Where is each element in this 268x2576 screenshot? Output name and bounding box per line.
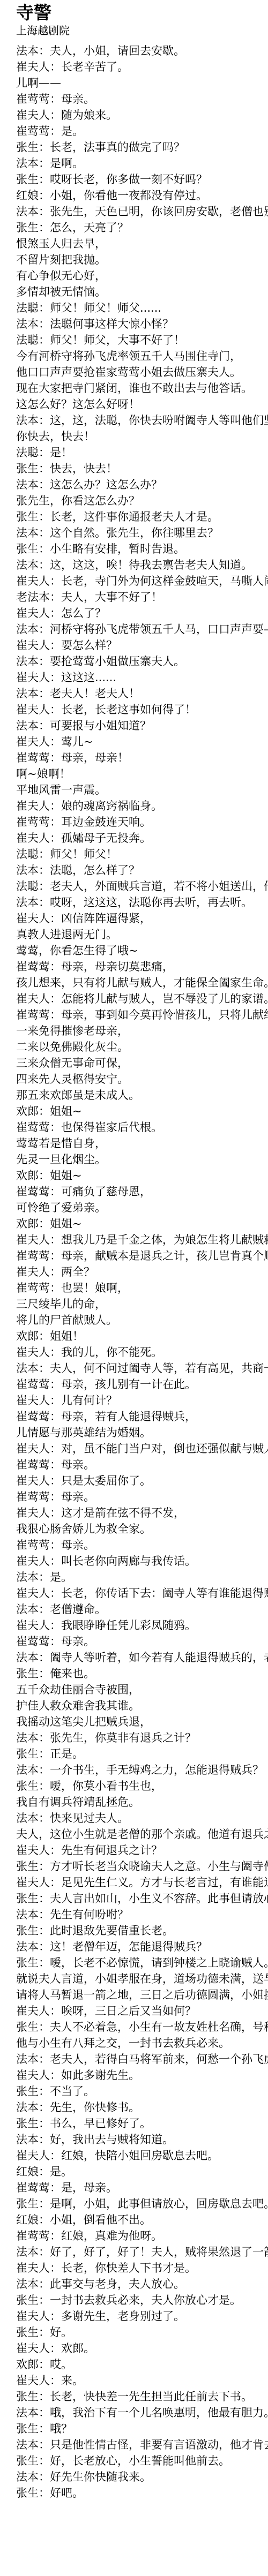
script-line: 崔夫人：先生有何退兵之计？: [16, 1842, 268, 1858]
script-line: 法本：好先生你快随我来。: [16, 2469, 268, 2485]
script-line: 崔莺莺：母亲。: [16, 91, 268, 107]
script-line: 儿情愿与那英雄结为婚姻。: [16, 1425, 268, 1441]
script-line: 崔夫人：足见先生仁义。方才与长老言过，有谁能退得贼兵，: [16, 1874, 268, 1890]
script-line: 张生：是啊，小姐，此事但请放心，回房歇息去吧。: [16, 2196, 268, 2212]
script-line: 崔夫人：叫长老你向两廊与我传话。: [16, 1553, 268, 1569]
script-line: 崔夫人：两全？: [16, 1264, 268, 1280]
script-line: 张生：嗳，你莫小看书生也，: [16, 1778, 268, 1794]
script-line: 崔夫人：我眼睁睁任凭儿彩凤随鸦。: [16, 1617, 268, 1633]
script-line: 张生：夫人不必着急，小生有一故友姓杜名确，号称白马将军。: [16, 2019, 268, 2035]
script-line: 崔夫人：这才是箭在弦不得不发，: [16, 1505, 268, 1521]
script-line: 崔莺莺：也保得崔家后代根。: [16, 1119, 268, 1135]
script-line: 张生：好吧。: [16, 2485, 268, 2501]
script-line: 真教人进退两无门。: [16, 927, 268, 943]
script-line: 法本：好了，好了，好了！夫人，贼将果然退了一箭之地。: [16, 2244, 268, 2260]
script-line: 一来免得摧惨老母亲，: [16, 1023, 268, 1039]
script-line: 崔夫人：长老，你传话下去：阖寺人等有谁能退得贼兵的，: [16, 1585, 268, 1601]
script-line: 张先生，你看这怎么办？: [16, 493, 268, 509]
script-line: 崔夫人：这这这......: [16, 669, 268, 686]
script-line: 崔夫人：长老辛苦了。: [16, 59, 268, 75]
script-line: 我自有调兵符靖乱拯危。: [16, 1794, 268, 1810]
script-line: 法聪：师父！师父！师父......: [16, 300, 268, 316]
script-line: 今有河桥守将孙飞虎率领五千人马围住寺门，: [16, 348, 268, 364]
script-line: 法本：先生，你快修书。: [16, 2099, 268, 2115]
script-line: 红娘：是。: [16, 2164, 268, 2180]
script-line: 崔夫人：欢郎。: [16, 2340, 268, 2356]
script-line: 崔莺莺：母亲。: [16, 1633, 268, 1649]
script-line: 张生：长老，快快差一先生担当此任前去下书。: [16, 2389, 268, 2405]
script-line: 恨煞玉人归去早，: [16, 236, 268, 252]
script-line: 可怜绝了爱弟亲。: [16, 1200, 268, 1216]
script-line: 崔夫人：红娘，快陪小姐回房歇息去吧。: [16, 2148, 268, 2164]
script-line: 张生：嗳，长老不必惊慌，请到钟楼之上晓谕贼人。: [16, 1955, 268, 1971]
script-line: 法本：这个自然。张先生，你往哪里去？: [16, 525, 268, 541]
script-line: 崔夫人：随为娘来。: [16, 107, 268, 123]
script-line: 崔夫人：要怎么样？: [16, 637, 268, 653]
script-line: 法本：好，我出去与贼将知道。: [16, 2131, 268, 2148]
script-line: 崔莺莺：母亲，若有人能退得贼兵，: [16, 1408, 268, 1425]
script-line: 法本：法聪何事这样大惊小怪？: [16, 316, 268, 332]
script-line: 欢郎：姐姐~: [16, 1168, 268, 1184]
page-subtitle: 上海越剧院: [16, 24, 268, 37]
script-document: 寺警 上海越剧院 法本：夫人，小姐，请回去安歇。崔夫人：长老辛苦了。儿啊——崔莺…: [0, 0, 268, 2501]
script-line: 崔莺莺：也罢！娘啊，: [16, 1280, 268, 1296]
script-line: 平地风雷一声震。: [16, 782, 268, 798]
script-line: 法本：这怎么办？这怎么办？: [16, 477, 268, 493]
script-lines: 法本：夫人，小姐，请回去安歇。崔夫人：长老辛苦了。儿啊——崔莺莺：母亲。崔夫人：…: [16, 43, 268, 2501]
script-line: 欢郎：哎。: [16, 2356, 268, 2372]
script-line: 张生：快去，快去！: [16, 461, 268, 477]
script-line: 法本：此事交与老身，夫人放心。: [16, 2276, 268, 2292]
script-line: 欢郎：姐姐！: [16, 1328, 268, 1344]
script-line: 孩儿想来，只有将儿献与贼人，才能保全阖家生命。: [16, 975, 268, 991]
script-line: 儿啊——: [16, 75, 268, 91]
script-line: 崔夫人：多谢先生，老身别过了。: [16, 2308, 268, 2324]
script-line: 法本：是。: [16, 1569, 268, 1585]
script-line: 不留片刻把我抛。: [16, 252, 268, 268]
script-line: 崔夫人：长老，寺门外为何这样金鼓喧天，马嘶人闹？: [16, 573, 268, 589]
script-line: 法聪：老夫人，外面贼兵言道，若不将小姐送出，他们就要杀进寺来。: [16, 878, 268, 894]
script-line: 护佳人救众难舍我其谁。: [16, 1698, 268, 1714]
script-line: 你快去，快去！: [16, 428, 268, 445]
script-line: 张生：哦？: [16, 2421, 268, 2437]
script-line: 红娘：小姐，倒看他不出。: [16, 2212, 268, 2228]
script-line: 二来以免佛殿化灰尘。: [16, 1039, 268, 1055]
script-line: 张生：长老，法事真的做完了吗？: [16, 139, 268, 155]
script-line: 崔夫人：怎能将儿献与贼人，岂不辱没了儿的家谱。: [16, 991, 268, 1007]
script-line: 法本：先生有何吩咐？: [16, 1907, 268, 1923]
script-line: 法本：一介书生，手无缚鸡之力，怎能退得贼兵？: [16, 1762, 268, 1778]
script-line: 法本：法聪，怎么样了？: [16, 862, 268, 878]
script-line: 他口口声声要抢崔家莺莺小姐去做压寨夫人。: [16, 364, 268, 380]
script-line: 莺莺若是惜自身，: [16, 1135, 268, 1151]
script-line: 法本：这！老僧年迈，怎能退得贼兵？: [16, 1939, 268, 1955]
script-line: 三尺绫毕儿的命，: [16, 1296, 268, 1312]
script-line: 法本：河桥守将孙飞虎带领五千人马，口口声声要——: [16, 621, 268, 637]
script-line: 崔夫人：如此多谢先生。: [16, 2067, 268, 2083]
script-line: 张生：俺来也。: [16, 1666, 268, 1682]
script-line: 法本：要抢莺莺小姐做压寨夫人。: [16, 653, 268, 669]
script-line: 张生：不当了。: [16, 2083, 268, 2099]
script-line: 崔莺莺：母亲，献贼本是退兵之计，孩儿岂肯真个顺从贼人。: [16, 1248, 268, 1264]
script-line: 老法本：夫人，大事不好了！: [16, 589, 268, 605]
script-line: 崔夫人：只是太委屈你了。: [16, 1473, 268, 1489]
script-line: 崔夫人：我的儿，你不能死。: [16, 1344, 268, 1360]
script-line: 崔夫人：唉呀，三日之后又当如何？: [16, 2003, 268, 2019]
script-line: 法本：这，这这，唉！待我去禀告老夫人知道。: [16, 557, 268, 573]
script-line: 张生：长老，这件事你通报老夫人才是。: [16, 509, 268, 525]
script-line: 崔莺莺：可痛负了慈母恩，: [16, 1184, 268, 1200]
script-line: 法本：快来见过夫人。: [16, 1810, 268, 1826]
script-line: 崔夫人：长老，你快差人下书才是。: [16, 2260, 268, 2276]
script-line: 红娘：小姐，你看他一夜都没有停过。: [16, 187, 268, 204]
script-line: 法本：夫人，小姐，请回去安歇。: [16, 43, 268, 59]
script-line: 法本：张先生，天色已明，你该回房安歇，老僧也别过去了。: [16, 204, 268, 220]
script-line: 张生：一封书去救兵必来，夫人你放心才是。: [16, 2292, 268, 2308]
script-line: 那五来欢郎虽是未成人。: [16, 1087, 268, 1103]
script-line: 欢郎：姐姐~: [16, 1216, 268, 1232]
script-line: 崔莺莺：母亲，事到如今莫再怜惜孩儿，只将儿献给与贼人。: [16, 1007, 268, 1023]
script-line: 法聪：是！: [16, 445, 268, 461]
script-line: 就说夫人言道，小姐孝服在身，道场功德未满，送与将军。: [16, 1971, 268, 1987]
script-line: 法本：哦，我治下有一个儿名唤惠明，他最有胆力。: [16, 2405, 268, 2421]
script-line: 法本：张先生，你莫非有退兵之计？: [16, 1730, 268, 1746]
script-line: 法本：老夫人！老夫人！: [16, 686, 268, 702]
script-line: 崔夫人：孤孀母子无投奔。: [16, 830, 268, 846]
script-line: 崔莺莺：母亲。: [16, 1537, 268, 1553]
script-line: 法聪：师父！师父！: [16, 846, 268, 862]
script-line: 欢郎：姐姐~: [16, 1103, 268, 1119]
script-line: 崔夫人：怎么了？: [16, 605, 268, 621]
script-line: 法本：哎呀，这这这，法聪你再去听，再去听。: [16, 894, 268, 910]
script-line: 崔莺莺：耳边金鼓连天响。: [16, 814, 268, 830]
script-line: 五千众劫佳丽合寺被围，: [16, 1682, 268, 1698]
script-line: 三来众僧无事命可保，: [16, 1055, 268, 1071]
script-line: 崔莺莺：母亲。: [16, 1457, 268, 1473]
script-line: 崔莺莺：母亲，母亲！: [16, 750, 268, 766]
script-line: 崔莺莺：红娘，真难为他呀。: [16, 2228, 268, 2244]
script-line: 法本：只是他性情古怪，非要有言语激动，他才肯去得。: [16, 2437, 268, 2453]
script-line: 先灵一旦化烟尘。: [16, 1151, 268, 1168]
script-line: 张生：哎呀长老，你多做一刻不好吗？: [16, 171, 268, 187]
script-line: 崔莺莺：母亲。: [16, 1489, 268, 1505]
script-line: 啊~娘啊！: [16, 766, 268, 782]
script-line: 崔莺莺：是，母亲。: [16, 2180, 268, 2196]
script-line: 法本：是啊。: [16, 155, 268, 171]
script-line: 我摇动这笔尖儿把贼兵退，: [16, 1714, 268, 1730]
script-line: 张生：怎么，天亮了？: [16, 220, 268, 236]
script-line: 四来先人灵柩得安宁。: [16, 1071, 268, 1087]
script-line: 莺莺，你看怎生得了哦~: [16, 943, 268, 959]
script-line: 张生：此时退敌先要借重长老。: [16, 1923, 268, 1939]
script-line: 崔莺莺：母亲，孩儿别有一计在此。: [16, 1376, 268, 1392]
script-line: 有心争似无心好，: [16, 268, 268, 284]
script-line: 张生：夫人言出如山，小生义不容辞。此事但请放心。: [16, 1890, 268, 1907]
script-line: 崔夫人：长老，长老这事如何得了！: [16, 702, 268, 718]
script-line: 请将人马暂退一箭之地，三日之后功德圆满，小姐换了装，: [16, 1987, 268, 2003]
script-line: 张生：小生略有安排，暂时告退。: [16, 541, 268, 557]
script-line: 张生：好。: [16, 2324, 268, 2340]
script-line: 崔莺莺：是。: [16, 123, 268, 139]
script-line: 法本：可要报与小姐知道？: [16, 718, 268, 734]
script-line: 崔夫人：儿有何计？: [16, 1392, 268, 1408]
script-line: 法本：老夫人，若得白马将军前来，何愁一个孙飞虎。: [16, 2051, 268, 2067]
script-line: 张生：正是。: [16, 1746, 268, 1762]
script-line: 这怎么好？这怎么好呀！: [16, 396, 268, 412]
script-line: 崔夫人：来。: [16, 2372, 268, 2389]
script-line: 崔夫人：娘的魂离窍祸临身。: [16, 798, 268, 814]
script-line: 多情却被无情恼。: [16, 284, 268, 300]
script-line: 崔夫人：对，虽不能门当户对，倒也还强似献与贼人。: [16, 1441, 268, 1457]
script-line: 崔夫人：莺儿~: [16, 734, 268, 750]
script-line: 崔夫人：凶信阵阵逼得紧，: [16, 910, 268, 927]
script-line: 崔莺莺：母亲，母亲切莫悲痛，: [16, 959, 268, 975]
script-line: 法聪：师父！师父，大事不好了！: [16, 332, 268, 348]
script-line: 张生：好，长老放心，小生誓能叫他前去。: [16, 2453, 268, 2469]
script-line: 他与小生有八拜之交，一封书去救兵必来。: [16, 2035, 268, 2051]
script-line: 张生：书么，早已修好了。: [16, 2115, 268, 2131]
script-line: 现在大家把寺门紧闭，谁也不敢出去与他答话。: [16, 380, 268, 396]
script-line: 张生：方才听长老当众晓谕夫人之意。小生与阖寺僧俗一样。: [16, 1858, 268, 1874]
script-line: 法本：夫人，何不问过阖寺人等，若有高见，共商一个万全之计。: [16, 1360, 268, 1376]
script-line: 崔夫人：想我儿乃是千金之体，为娘怎生将儿献贼救命。: [16, 1232, 268, 1248]
script-line: 夫人，这位小生就是老僧的那个亲戚。他道有退兵之计。: [16, 1826, 268, 1842]
script-line: 法本：这，这，法聪，你快去吩咐阖寺人等叫他们坚守寺门。: [16, 412, 268, 428]
script-line: 将儿的尸首献贼人。: [16, 1312, 268, 1328]
script-line: 法本：阖寺人等听着，如今若有人能退得贼兵的，老夫人愿将小姐许配与他。: [16, 1649, 268, 1666]
script-line: 我狠心肠舍娇儿为救全家。: [16, 1521, 268, 1537]
page-title: 寺警: [16, 2, 268, 24]
script-line: 法本：老僧遵命。: [16, 1601, 268, 1617]
